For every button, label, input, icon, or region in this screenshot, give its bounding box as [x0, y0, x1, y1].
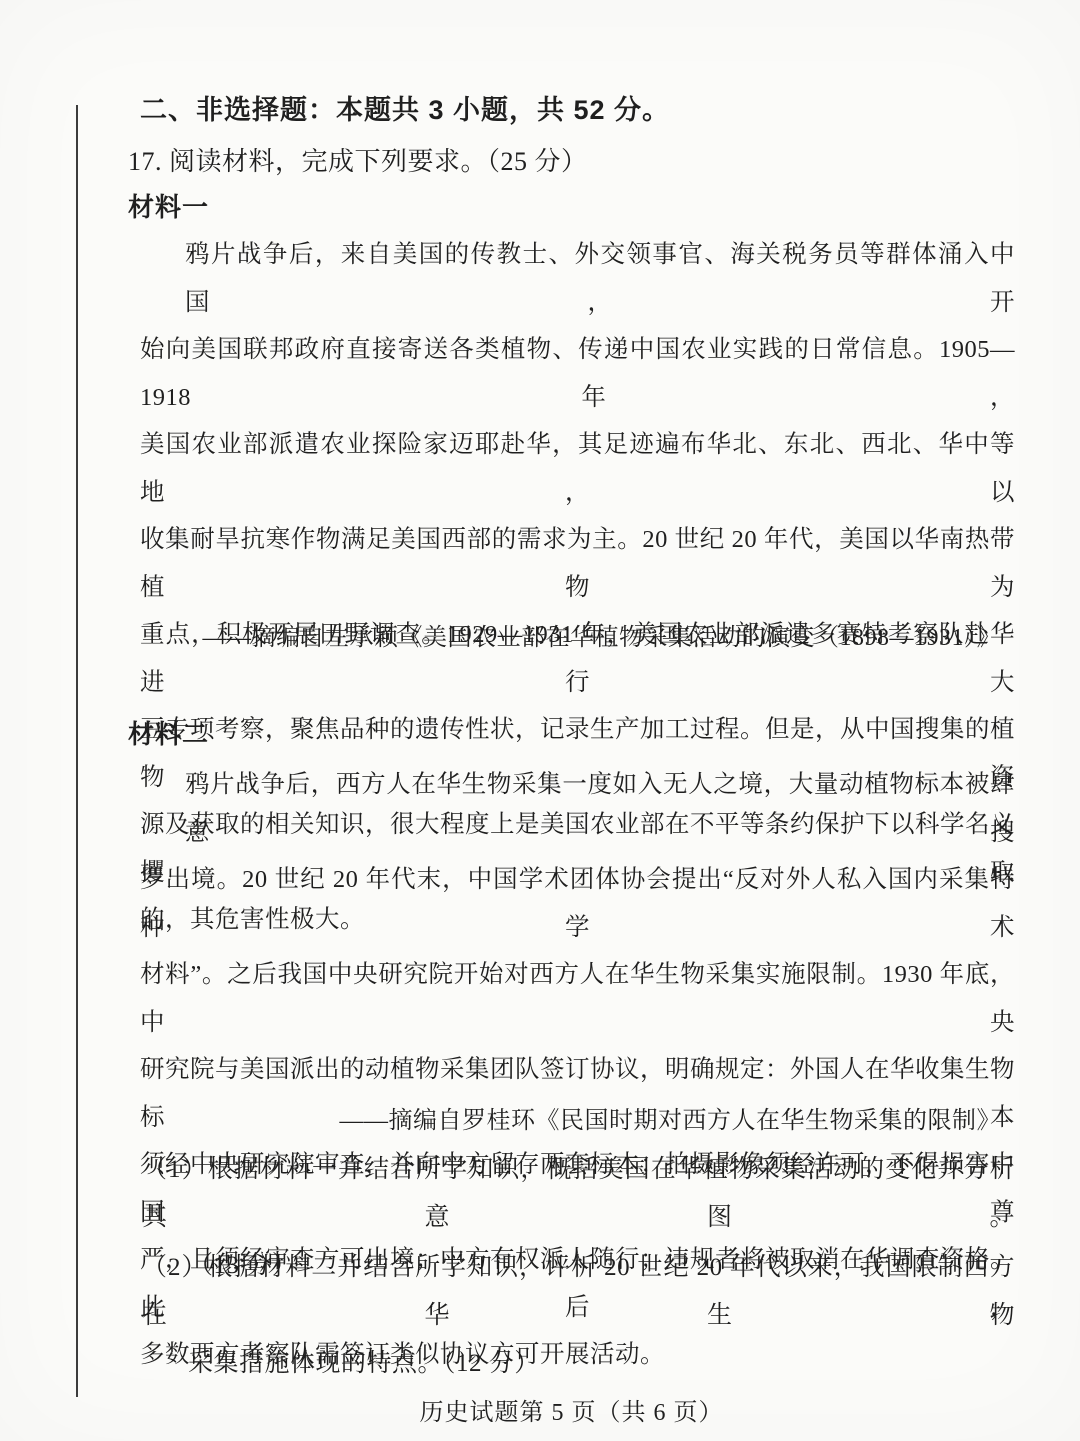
left-margin-line [76, 105, 78, 1397]
question-17-intro: 17. 阅读材料，完成下列要求。（25 分） [128, 141, 1015, 178]
material-two-source: ——摘编自罗桂环《民国时期对西方人在华生物采集的限制》 [128, 1100, 1015, 1135]
material-one-line: 美国农业部派遣农业探险家迈耶赴华，其足迹遍布华北、东北、西北、华中等地，以 [128, 421, 1015, 516]
material-one-label: 材料一 [128, 187, 1015, 224]
page-footer: 历史试题第 5 页（共 6 页） [128, 1392, 1015, 1427]
exam-page: 二、非选择题：本题共 3 小题，共 52 分。 17. 阅读材料，完成下列要求。… [0, 0, 1080, 1441]
material-two-label: 材料二 [128, 714, 1015, 751]
material-one-source: ——摘编自左承颖《美国农业部在华植物采集活动的演变（1898—1931）》 [128, 617, 1015, 652]
material-one-line: 鸦片战争后，来自美国的传教士、外交领事官、海关税务员等群体涌入中国，开 [128, 231, 1015, 326]
material-two-line: 材料”。之后我国中央研究院开始对西方人在华生物采集实施限制。1930 年底，中央 [128, 951, 1015, 1046]
material-two-line: 罗出境。20 世纪 20 年代末，中国学术团体协会提出“反对外人私入国内采集特种… [128, 856, 1015, 951]
sub-question-2: （2）根据材料二并结合所学知识，评析 20 世纪 20 年代以来，我国限制西方在… [128, 1244, 1015, 1388]
sub-question-1-line: （1）根据材料一并结合所学知识，概括美国在华植物采集活动的变化并分析其意图。 [128, 1146, 1015, 1242]
material-two-line: 鸦片战争后，西方人在华生物采集一度如入无人之境，大量动植物标本被肆意搜 [128, 761, 1015, 856]
material-one-line: 始向美国联邦政府直接寄送各类植物、传递中国农业实践的日常信息。1905—1918… [128, 326, 1015, 421]
sub-question-2-line: （2）根据材料二并结合所学知识，评析 20 世纪 20 年代以来，我国限制西方在… [128, 1244, 1015, 1340]
material-one-line: 收集耐旱抗寒作物满足美国西部的需求为主。20 世纪 20 年代，美国以华南热带植… [128, 516, 1015, 611]
sub-question-2-line: 采集措施体现的特点。（12 分） [128, 1340, 1015, 1388]
section-heading: 二、非选择题：本题共 3 小题，共 52 分。 [128, 88, 1027, 127]
